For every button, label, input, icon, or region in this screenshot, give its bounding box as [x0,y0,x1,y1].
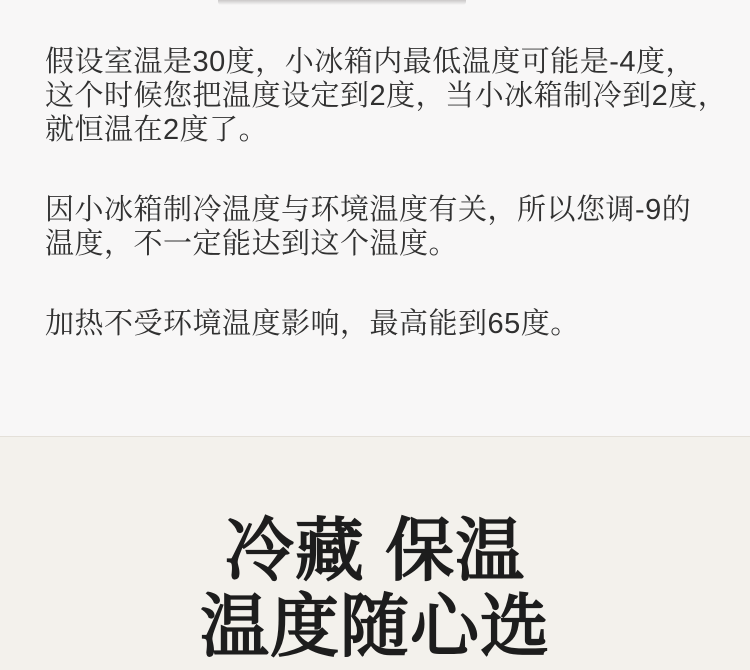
banner-title-line-2: 温度随心选 [0,589,750,665]
banner-section: 冷藏 保温 温度随心选 [0,436,750,670]
text-line: 假设室温是30度，小冰箱内最低温度可能是-4度， [45,45,710,79]
text-line: 就恒温在2度了。 [45,113,710,147]
description-paragraph-cooling-example: 假设室温是30度，小冰箱内最低温度可能是-4度， 这个时候您把温度设定到2度，当… [45,45,710,147]
text-line: 因小冰箱制冷温度与环境温度有关，所以您调-9的 [45,193,710,227]
description-paragraph-ambient-limit: 因小冰箱制冷温度与环境温度有关，所以您调-9的 温度，不一定能达到这个温度。 [45,193,710,261]
banner-title-line-1: 冷藏 保温 [0,513,750,589]
text-line: 加热不受环境温度影响，最高能到65度。 [45,307,710,341]
product-description-image: 假设室温是30度，小冰箱内最低温度可能是-4度， 这个时候您把温度设定到2度，当… [0,0,750,670]
top-edge-shadow [218,0,466,5]
temperature-info-section: 假设室温是30度，小冰箱内最低温度可能是-4度， 这个时候您把温度设定到2度，当… [0,0,750,436]
text-line: 这个时候您把温度设定到2度，当小冰箱制冷到2度， [45,79,710,113]
banner-title: 冷藏 保温 温度随心选 [0,513,750,665]
description-paragraph-heating: 加热不受环境温度影响，最高能到65度。 [45,307,710,341]
text-line: 温度，不一定能达到这个温度。 [45,227,710,261]
